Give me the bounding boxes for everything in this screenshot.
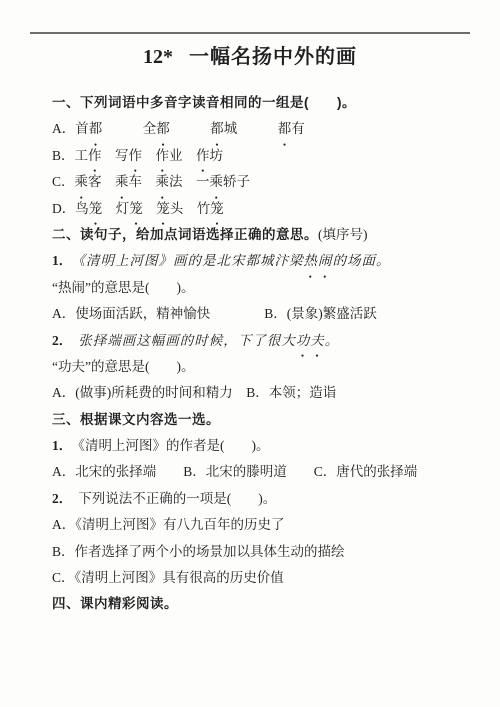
section3-options-1: A．北宋的张择端 B．北宋的滕明道 C．唐代的张择端: [52, 459, 474, 485]
lesson-number: 12*: [143, 46, 173, 68]
section2-sentence-1: 1．《清明上河图》画的是北宋都城汴梁热闹的场面。: [52, 248, 474, 274]
item-number: 2．: [52, 333, 72, 348]
worksheet-content: 一、下列词语中多音字读音相同的一组是( )。 A．首都 全都 都城 都有 B．工…: [52, 90, 474, 618]
section1-option-a: A．首都 全都 都城 都有: [52, 116, 474, 142]
section3-option-2b: B．作者选择了两个小的场景加以具体生动的描绘: [52, 539, 474, 565]
question-text: 《清明上河图》的作者是( )。: [78, 438, 269, 453]
section2-options-2: A．(做事)所耗费的时间和精力 B．本领；造诣: [52, 380, 474, 406]
section1-option-c: C．乘客 乘车 乘法 一乘轿子: [52, 169, 474, 195]
section2-heading: 二、读句子，给加点词语选择正确的意思。(填序号): [52, 222, 474, 248]
lesson-title-text: 一幅名扬中外的画: [189, 46, 357, 68]
item-number: 1．: [52, 253, 72, 268]
section3-question-2: 2．下列说法不正确的一项是( )。: [52, 486, 474, 512]
section3-option-2a: A．《清明上河图》有八九百年的历史了: [52, 512, 474, 538]
worksheet-page: 12*一幅名扬中外的画 一、下列词语中多音字读音相同的一组是( )。 A．首都 …: [0, 0, 500, 707]
section3-heading: 三、根据课文内容选一选。: [52, 407, 474, 433]
sentence-text: 张择端画这幅画的时候，下了很大功夫。: [78, 333, 339, 348]
section1-heading: 一、下列词语中多音字读音相同的一组是( )。: [52, 90, 474, 116]
section2-question-2: “功夫”的意思是( )。: [52, 354, 474, 380]
item-number: 2．: [52, 491, 72, 506]
lesson-title: 12*一幅名扬中外的画: [0, 40, 500, 69]
header-rule: [30, 32, 470, 34]
item-number: 1．: [52, 438, 72, 453]
section4-heading: 四、课内精彩阅读。: [52, 591, 474, 617]
question-text: 下列说法不正确的一项是( )。: [78, 491, 276, 506]
sentence-text: 《清明上河图》画的是北宋都城汴梁热闹的场面。: [78, 253, 390, 268]
section2-question-1: “热闹”的意思是( )。: [52, 275, 474, 301]
section3-question-1: 1．《清明上河图》的作者是( )。: [52, 433, 474, 459]
section1-option-b: B．工作 写作 作业 作坊: [52, 143, 474, 169]
section3-option-2c: C．《清明上河图》具有很高的历史价值: [52, 565, 474, 591]
section2-heading-suffix: (填序号): [318, 227, 368, 242]
section1-option-d: D．鸟笼 灯笼 笼头 竹笼: [52, 196, 474, 222]
section2-heading-main: 二、读句子，给加点词语选择正确的意思。: [52, 227, 318, 242]
section2-options-1: A．使场面活跃，精神愉快 B．(景象)繁盛活跃: [52, 301, 474, 327]
section2-sentence-2: 2．张择端画这幅画的时候，下了很大功夫。: [52, 328, 474, 354]
